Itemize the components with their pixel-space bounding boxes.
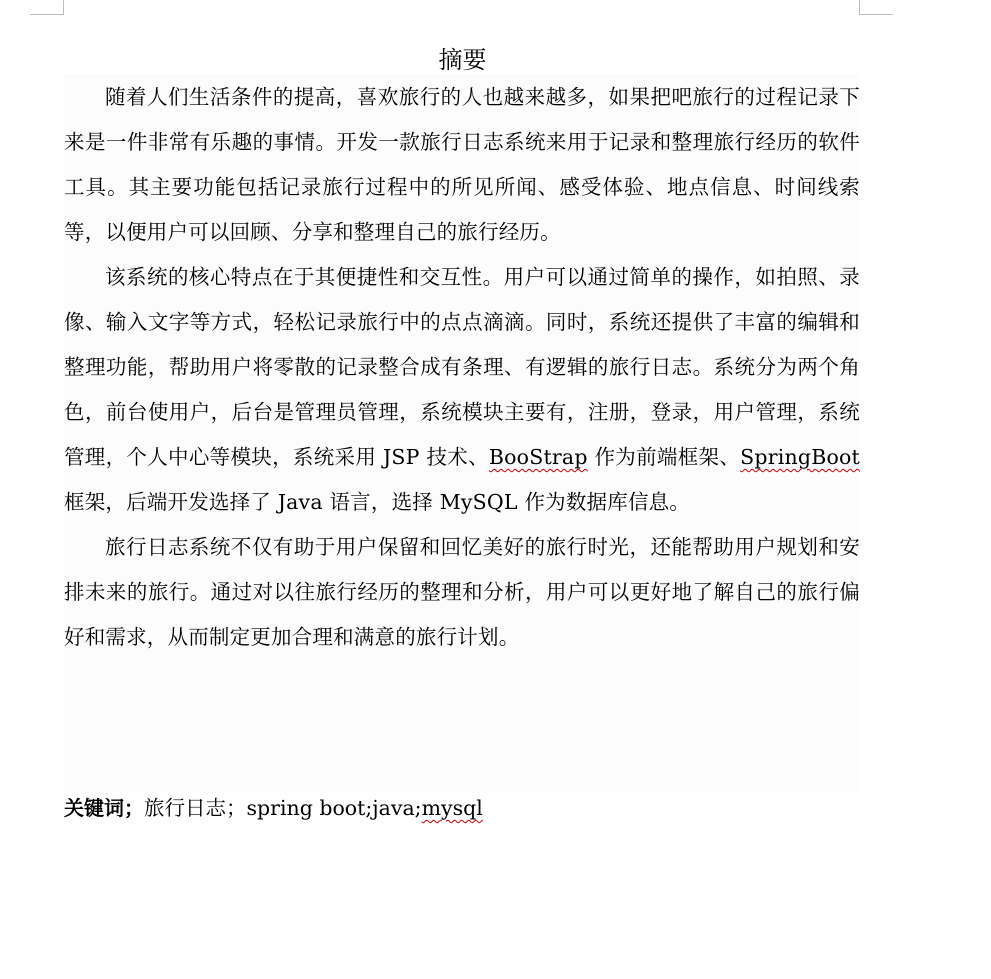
abstract-paragraph-1[interactable]: 随着人们生活条件的提高，喜欢旅行的人也越来越多，如果把吧旅行的过程记录下来是一件…: [64, 75, 860, 255]
spellcheck-flagged-word[interactable]: BooStrap: [489, 445, 588, 469]
spellcheck-flagged-word[interactable]: mysql: [422, 796, 483, 820]
abstract-title: 摘要: [0, 44, 925, 76]
paragraph-text: 旅行日志系统不仅有助于用户保留和回忆美好的旅行时光，还能帮助用户规划和安排未来的…: [64, 535, 860, 649]
paragraph-text: 框架，后端开发选择了 Java 语言，选择 MySQL 作为数据库信息。: [64, 490, 690, 514]
abstract-body[interactable]: 随着人们生活条件的提高，喜欢旅行的人也越来越多，如果把吧旅行的过程记录下来是一件…: [64, 75, 860, 660]
keywords-line[interactable]: 关键词；旅行日志；spring boot;java;mysql: [64, 790, 483, 826]
page-corner-mark-left: [30, 0, 64, 15]
spellcheck-flagged-word[interactable]: SpringBoot: [740, 445, 860, 469]
paragraph-text: 作为前端框架、: [588, 445, 741, 469]
keywords-value: 旅行日志；spring boot;java;: [144, 796, 422, 820]
abstract-paragraph-3[interactable]: 旅行日志系统不仅有助于用户保留和回忆美好的旅行时光，还能帮助用户规划和安排未来的…: [64, 525, 860, 660]
page-corner-mark-right: [859, 0, 893, 15]
paragraph-text: 随着人们生活条件的提高，喜欢旅行的人也越来越多，如果把吧旅行的过程记录下来是一件…: [64, 85, 860, 244]
keywords-label: 关键词；: [64, 796, 144, 820]
paragraph-text: 该系统的核心特点在于其便捷性和交互性。用户可以通过简单的操作，如拍照、录像、输入…: [64, 265, 860, 469]
abstract-paragraph-2[interactable]: 该系统的核心特点在于其便捷性和交互性。用户可以通过简单的操作，如拍照、录像、输入…: [64, 255, 860, 525]
